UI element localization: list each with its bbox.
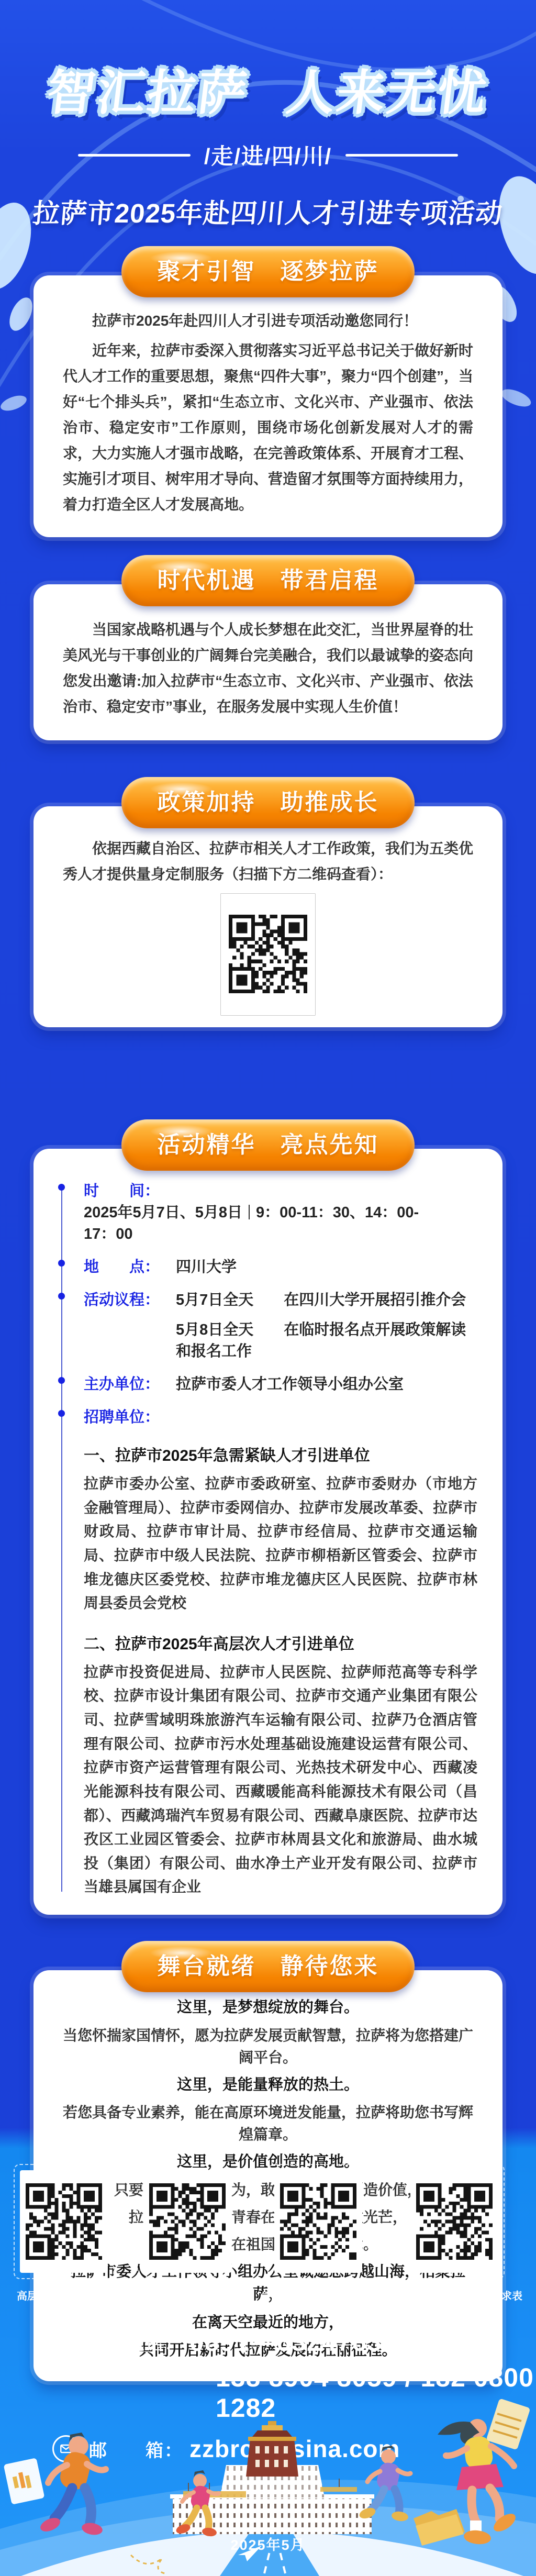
section-event-highlights: 活动精华 亮点先知 时 间：2025年5月7日、5月8日9：00-11：30、1… <box>0 1119 536 1915</box>
section4-card: 时 间：2025年5月7日、5月8日9：00-11：30、14：00-17：00… <box>33 1149 502 1915</box>
time-date: 2025年5月7日、5月8日 <box>84 1204 242 1221</box>
form-qr-code-3 <box>274 2170 362 2273</box>
form-qr-row: 高层次人才的报名表 高层次人才引进单位需求表 急需紧缺人才引进报名表 急需紧缺人… <box>0 2164 536 2303</box>
title-right: 人来无忧 <box>284 66 492 120</box>
agenda-line-2: 5月8日全天 在临时报名点开展政策解读和报名工作 <box>176 1318 477 1361</box>
section-era-opportunity: 时代机遇 带君启程 当国家战略机遇与个人成长梦想在此交汇，当世界屋脊的壮美风光与… <box>0 555 536 740</box>
qr-label-3: 急需紧缺人才引进报名表 <box>261 2288 376 2303</box>
section3-paragraph: 依据西藏自治区、拉萨市相关人才工作政策，我们为五类优秀人才提供量身定制服务（扫描… <box>63 836 473 887</box>
host-label: 主办单位： <box>84 1372 176 1394</box>
section3-pill: 政策加持 助推成长 <box>121 777 415 828</box>
bullet-dot-icon <box>58 1377 65 1384</box>
recruiter-group2-list: 拉萨市投资促进局、拉萨市人民医院、拉萨师范高等专科学校、拉萨市设计集团有限公司、… <box>84 1660 477 1899</box>
phone-number-main: 0891—6324763 <box>189 2327 382 2357</box>
recruiter-group1-title: 一、拉萨市2025年急需紧缺人才引进单位 <box>84 1442 477 1465</box>
qr-code-image <box>280 2183 356 2260</box>
section1-paragraph-2: 近年来，拉萨市委深入贯彻落实习近平总书记关于做好新时代人才工作的重要思想，聚焦“… <box>63 338 473 517</box>
title-left: 智汇拉萨 <box>44 66 252 120</box>
time-label: 时 间： <box>84 1179 176 1201</box>
stage-line: 当您怀揣家国情怀，愿为拉萨发展贡献智慧，拉萨将为您搭建广阔平台。 <box>63 2025 473 2069</box>
divider-line <box>249 1205 250 1219</box>
detail-row-time: 时 间：2025年5月7日、5月8日9：00-11：30、14：00-17：00 <box>84 1179 477 1243</box>
qr-column-1: 高层次人才的报名表 <box>14 2164 114 2303</box>
detail-row-recruiters: 招聘单位： <box>84 1405 477 1427</box>
wave-band <box>0 2480 536 2576</box>
floating-paper-left <box>4 2458 45 2505</box>
qr-dashed-frame <box>268 2164 368 2279</box>
phone-number-alt: 138 8904 8059 / 182 0800 1282 <box>216 2362 536 2423</box>
section3-card: 依据西藏自治区、拉萨市相关人才工作政策，我们为五类优秀人才提供量身定制服务（扫描… <box>33 806 502 1027</box>
event-title: 拉萨市2025年赴四川人才引进专项活动 <box>0 192 536 230</box>
section2-pill: 时代机遇 带君启程 <box>121 555 415 606</box>
qr-column-4: 急需紧缺人才引进单位需求表 <box>386 2164 522 2303</box>
section1-paragraph-1: 拉萨市2025年赴四川人才引进专项活动邀您同行！ <box>63 308 473 334</box>
section-policy-support: 政策加持 助推成长 依据西藏自治区、拉萨市相关人才工作政策，我们为五类优秀人才提… <box>0 777 536 1027</box>
section1-pill: 聚才引智 逐梦拉萨 <box>121 246 415 297</box>
recruiter-group1-list: 拉萨市委办公室、拉萨市委政研室、拉萨市委财办（市地方金融管理局）、拉萨市委网信办… <box>84 1472 477 1615</box>
place-label: 地 点： <box>84 1255 176 1276</box>
form-qr-code-4 <box>410 2170 498 2273</box>
banner-line-left <box>78 154 191 157</box>
recruiter-group2-title: 二、拉萨市2025年高层次人才引进单位 <box>84 1631 477 1654</box>
stage-line: 这里，是能量释放的热土。 <box>63 2074 473 2097</box>
phone-row-alt: 138 8904 8059 / 182 0800 1282 <box>52 2362 536 2423</box>
phone-row: 联系电话： 0891—6324763 <box>52 2327 536 2357</box>
phone-icon <box>52 2328 80 2356</box>
host-value: 拉萨市委人才工作领导小组办公室 <box>176 1372 404 1394</box>
detail-row-host: 主办单位：拉萨市委人才工作领导小组办公室 <box>84 1372 477 1394</box>
detail-row-agenda: 活动议程：5月7日全天 在四川大学开展招引推介会 <box>84 1288 477 1309</box>
phone-label: 联系电话： <box>89 2329 189 2355</box>
contact-block: 联系电话： 0891—6324763 138 8904 8059 / 182 0… <box>0 2327 536 2463</box>
qr-dashed-frame <box>137 2164 238 2279</box>
qr-dashed-frame <box>14 2164 114 2279</box>
bullet-dot-icon <box>58 1410 65 1417</box>
agenda-label: 活动议程： <box>84 1288 176 1309</box>
banner-text: /走/进/四/川/ <box>204 139 332 171</box>
email-label: 邮 箱： <box>89 2436 189 2462</box>
qr-column-3: 急需紧缺人才引进报名表 <box>261 2164 376 2303</box>
detail-row-agenda-2: 5月8日全天 在临时报名点开展政策解读和报名工作 <box>84 1318 477 1361</box>
qr-code-image <box>26 2183 102 2260</box>
stage-line: 这里，是梦想绽放的舞台。 <box>63 1996 473 2019</box>
sub-banner: /走/进/四/川/ <box>0 139 536 171</box>
detail-row-place: 地 点：四川大学 <box>84 1255 477 1276</box>
qr-label-4: 急需紧缺人才引进单位需求表 <box>386 2288 522 2303</box>
page-title: 智汇拉萨人来无忧 <box>0 54 536 124</box>
footer-date: 2025年5月 <box>0 2534 536 2554</box>
email-row: 邮 箱： zzbrck@sina.com <box>52 2435 536 2463</box>
place-value: 四川大学 <box>176 1255 237 1276</box>
qr-code-image <box>149 2183 226 2260</box>
qr-code-image <box>229 915 307 993</box>
email-icon <box>52 2435 80 2462</box>
section5-pill: 舞台就绪 静待您来 <box>121 1941 415 1992</box>
qr-code-image <box>416 2183 493 2260</box>
poster-header: 智汇拉萨人来无忧 /走/进/四/川/ 拉萨市2025年赴四川人才引进专项活动 <box>0 0 536 230</box>
section4-pill: 活动精华 亮点先知 <box>121 1119 415 1171</box>
bullet-dot-icon <box>58 1184 65 1191</box>
agenda-line-1: 5月7日全天 在四川大学开展招引推介会 <box>176 1288 466 1309</box>
form-qr-code-2 <box>143 2170 231 2273</box>
runner-illustration-girl <box>175 2470 219 2537</box>
email-address: zzbrck@sina.com <box>189 2435 400 2463</box>
event-details-list: 时 间：2025年5月7日、5月8日9：00-11：30、14：00-17：00… <box>57 1179 477 1899</box>
qr-label-2: 高层次人才引进单位需求表 <box>125 2288 250 2303</box>
section1-card: 拉萨市2025年赴四川人才引进专项活动邀您同行！ 近年来，拉萨市委深入贯彻落实习… <box>33 275 502 537</box>
bullet-dot-icon <box>58 1260 65 1267</box>
recruiters-label: 招聘单位： <box>84 1405 176 1427</box>
qr-label-1: 高层次人才的报名表 <box>17 2288 111 2303</box>
qr-dashed-frame <box>404 2164 505 2279</box>
bullet-dot-icon <box>58 1293 65 1300</box>
footer-zone: 高层次人才的报名表 高层次人才引进单位需求表 急需紧缺人才引进报名表 急需紧缺人… <box>0 2134 536 2576</box>
banner-line-right <box>345 154 458 157</box>
poster-page: 智汇拉萨人来无忧 /走/进/四/川/ 拉萨市2025年赴四川人才引进专项活动 聚… <box>0 0 536 2576</box>
section2-card: 当国家战略机遇与个人成长梦想在此交汇，当世界屋脊的壮美风光与干事创业的广阔舞台完… <box>33 584 502 740</box>
section-gather-talent: 聚才引智 逐梦拉萨 拉萨市2025年赴四川人才引进专项活动邀您同行！ 近年来，拉… <box>0 246 536 537</box>
form-qr-code-1 <box>20 2170 108 2273</box>
policy-qr-code <box>220 893 316 1016</box>
qr-column-2: 高层次人才引进单位需求表 <box>125 2164 250 2303</box>
section2-paragraph: 当国家战略机遇与个人成长梦想在此交汇，当世界屋脊的壮美风光与干事创业的广阔舞台完… <box>63 617 473 719</box>
